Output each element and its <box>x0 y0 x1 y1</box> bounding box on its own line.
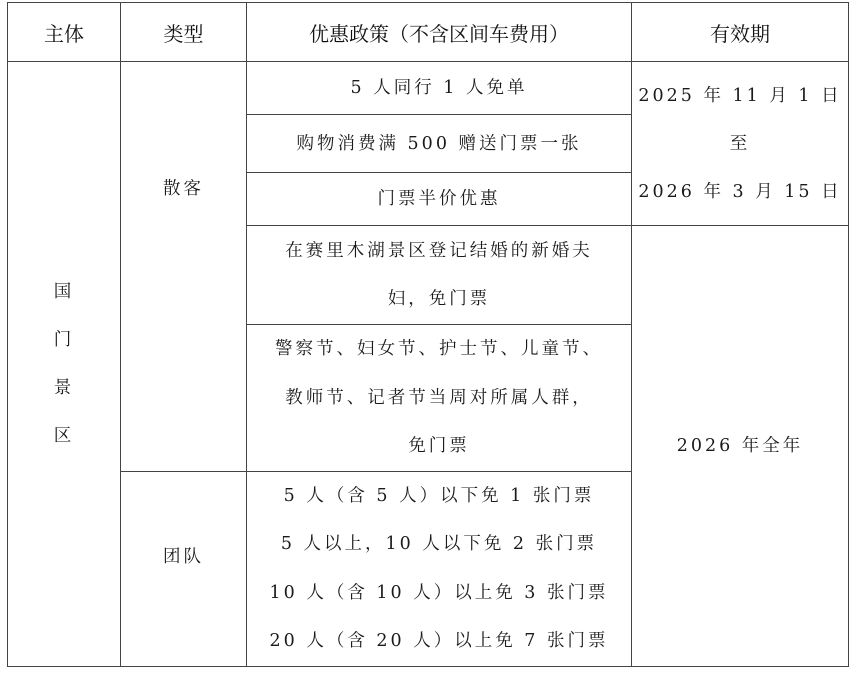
policy-line: 警察节、妇女节、护士节、儿童节、 <box>253 325 625 374</box>
table-row: 国 门 景 区 散客 5 人同行 1 人免单 2025 年 11 月 1 日 至… <box>8 62 849 115</box>
validity-end: 2026 年 3 月 15 日 <box>632 168 848 216</box>
group-policy-line: 20 人（含 20 人）以上免 7 张门票 <box>247 617 631 666</box>
entity-char: 门 <box>54 327 75 353</box>
group-policy-line: 5 人以上，10 人以下免 2 张门票 <box>247 520 631 569</box>
policy-cell: 5 人同行 1 人免单 <box>247 62 632 115</box>
entity-char: 区 <box>54 423 75 449</box>
validity-period-1: 2025 年 11 月 1 日 至 2026 年 3 月 15 日 <box>632 62 849 226</box>
group-policy-line: 10 人（含 10 人）以上免 3 张门票 <box>247 569 631 618</box>
policy-cell: 警察节、妇女节、护士节、儿童节、 教师节、记者节当周对所属人群， 免门票 <box>247 325 632 472</box>
policy-line: 在赛里木湖景区登记结婚的新婚夫 <box>253 227 625 276</box>
entity-char: 国 <box>54 279 75 305</box>
group-policy-line: 5 人（含 5 人）以下免 1 张门票 <box>247 472 631 521</box>
validity-to: 至 <box>632 120 848 168</box>
discount-policy-table: 主体 类型 优惠政策（不含区间车费用） 有效期 国 门 景 区 散客 5 人同行… <box>7 2 849 667</box>
group-policy-cell: 5 人（含 5 人）以下免 1 张门票 5 人以上，10 人以下免 2 张门票 … <box>247 471 632 666</box>
type-group: 团队 <box>163 547 204 567</box>
validity-start: 2025 年 11 月 1 日 <box>632 72 848 120</box>
policy-line: 教师节、记者节当周对所属人群， <box>253 374 625 423</box>
policy-line: 妇，免门票 <box>253 275 625 324</box>
entity-char: 景 <box>54 375 75 401</box>
type-group-cell: 团队 <box>121 471 247 666</box>
entity-cell: 国 门 景 区 <box>8 62 121 667</box>
policy-cell: 门票半价优惠 <box>247 173 632 226</box>
header-policy: 优惠政策（不含区间车费用） <box>247 3 632 62</box>
policy-cell: 购物消费满 500 赠送门票一张 <box>247 115 632 173</box>
type-individual: 散客 <box>163 179 204 199</box>
header-entity: 主体 <box>8 3 121 62</box>
header-type: 类型 <box>121 3 247 62</box>
header-row: 主体 类型 优惠政策（不含区间车费用） 有效期 <box>8 3 849 62</box>
policy-cell: 在赛里木湖景区登记结婚的新婚夫 妇，免门票 <box>247 226 632 325</box>
type-individual-cell: 散客 <box>121 62 247 472</box>
validity-period-2: 2026 年全年 <box>632 226 849 667</box>
policy-line: 免门票 <box>253 422 625 471</box>
header-validity: 有效期 <box>632 3 849 62</box>
